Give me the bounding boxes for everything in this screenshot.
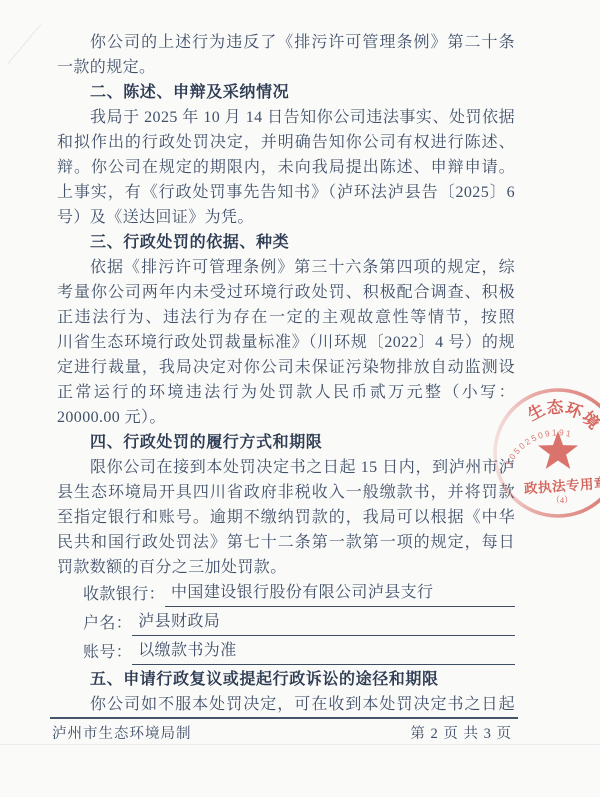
body-line: 罚款数额的百分之三加处罚款。 xyxy=(57,555,515,580)
payment-field-line: 账号：以缴款书为准 xyxy=(57,638,515,667)
body-line: 上事实，有《行政处罚事先告知书》（泸环法泸县告〔2025〕6 xyxy=(57,180,515,205)
scan-crease-artifact xyxy=(7,24,41,64)
body-line: 正常运行的环境违法行为处罚款人民币贰万元整（小写： xyxy=(57,380,515,405)
field-label: 账号： xyxy=(83,638,132,667)
document-page: 你公司的上述行为违反了《排污许可管理条例》第二十条第一款的规定。二、陈述、申辩及… xyxy=(0,0,600,797)
body-line: 考量你公司两年内未受过环境行政处罚、积极配合调查、积极改 xyxy=(57,280,515,305)
svg-text:态: 态 xyxy=(546,396,564,417)
body-line: 定进行裁量，我局决定对你公司未保证污染物排放自动监测设备 xyxy=(57,355,515,380)
official-seal: 生 态 环 境 政执法专用章 （4） 10502509191 xyxy=(480,370,600,570)
field-value-underlined: 中国建设银行股份有限公司泸县支行 xyxy=(165,580,515,607)
body-line: 辩。你公司在规定的期限内，未向我局提出陈述、申辩申请。以 xyxy=(57,155,515,180)
body-line: 限你公司在接到本处罚决定书之日起 15 日内，到泸州市泸 xyxy=(57,455,515,480)
body-line: 我局于 2025 年 10 月 14 日告知你公司违法事实、处罚依据 xyxy=(57,105,515,130)
body-line: 你公司的上述行为违反了《排污许可管理条例》第二十条第 xyxy=(57,30,515,55)
payment-field-line: 户名：泸县财政局 xyxy=(57,609,515,638)
body-line: 依据《排污许可管理条例》第三十六条第四项的规定，综合 xyxy=(57,255,515,280)
seal-stamp-sub: （4） xyxy=(551,495,572,505)
body-line: 和拟作出的行政处罚决定，并明确告知你公司有权进行陈述、申 xyxy=(57,130,515,155)
section-heading: 三、行政处罚的依据、种类 xyxy=(57,230,515,255)
svg-text:生: 生 xyxy=(524,399,548,425)
footer-page-number: 第 2 页 共 3 页 xyxy=(410,722,512,743)
section-heading: 五、申请行政复议或提起行政诉讼的途径和期限 xyxy=(57,667,515,692)
body-line: 20000.00 元）。 xyxy=(57,405,515,430)
body-line: 你公司如不服本处罚决定，可在收到本处罚决定书之日起六 xyxy=(57,692,515,717)
scan-line-artifact xyxy=(0,744,600,745)
document-body: 你公司的上述行为违反了《排污许可管理条例》第二十条第一款的规定。二、陈述、申辩及… xyxy=(57,30,515,717)
body-line: 县生态环境局开具四川省政府非税收入一般缴款书，并将罚款缴 xyxy=(57,480,515,505)
field-value-underlined: 以缴款书为准 xyxy=(132,638,515,665)
body-line: 号）及《送达回证》为凭。 xyxy=(57,205,515,230)
body-line: 一款的规定。 xyxy=(57,55,515,80)
body-line: 正违法行为、违法行为存在一定的主观故意性等情节，按照《四 xyxy=(57,305,515,330)
body-line: 川省生态环境行政处罚裁量标准》（川环规〔2022〕4 号）的规 xyxy=(57,330,515,355)
body-line: 至指定银行和账号。逾期不缴纳罚款的，我局可以根据《中华人 xyxy=(57,505,515,530)
field-value-underlined: 泸县财政局 xyxy=(132,609,515,636)
footer-rule xyxy=(50,717,518,719)
section-heading: 二、陈述、申辩及采纳情况 xyxy=(57,80,515,105)
seal-stamp-line: 政执法专用章 xyxy=(524,475,600,497)
field-label: 户名： xyxy=(83,609,132,638)
footer: 泸州市生态环境局制 第 2 页 共 3 页 xyxy=(52,722,512,743)
body-line: 民共和国行政处罚法》第七十二条第一款第一项的规定，每日按 xyxy=(57,530,515,555)
footer-issuer: 泸州市生态环境局制 xyxy=(52,722,192,743)
field-label: 收款银行： xyxy=(83,580,165,609)
payment-field-line: 收款银行：中国建设银行股份有限公司泸县支行 xyxy=(57,580,515,609)
section-heading: 四、行政处罚的履行方式和期限 xyxy=(57,430,515,455)
